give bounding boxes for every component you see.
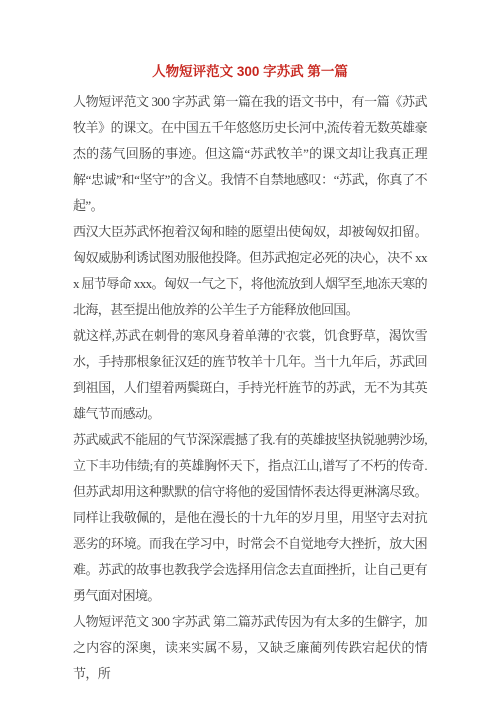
paragraph-reflection: 苏武威武不能屈的气节深深震撼了我.有的英雄披坚执锐驰骋沙场,立下丰功伟绩;有的英… bbox=[73, 427, 427, 609]
paragraph-mission: 西汉大臣苏武怀抱着汉匈和睦的愿望出使匈奴，却被匈奴扣留。匈奴威胁利诱试图劝服他投… bbox=[73, 219, 427, 323]
document-title: 人物短评范文 300 字苏武 第一篇 bbox=[73, 64, 427, 80]
document-body: 人物短评范文 300 字苏武 第一篇 人物短评范文 300 字苏武 第一篇在我的… bbox=[73, 64, 427, 687]
paragraph-intro: 人物短评范文 300 字苏武 第一篇在我的语文书中，有一篇《苏武牧羊》的课文。在… bbox=[73, 89, 427, 219]
paragraph-shepherd: 就这样,苏武在刺骨的寒风身着单薄的'衣裳，饥食野草，渴饮雪水，手持那根象征汉廷的… bbox=[73, 323, 427, 427]
document-page: 人物短评范文 300 字苏武 第一篇 人物短评范文 300 字苏武 第一篇在我的… bbox=[0, 0, 500, 707]
paragraph-second-essay: 人物短评范文 300 字苏武 第二篇苏武传因为有太多的生僻字，加之内容的深奥，读… bbox=[73, 609, 427, 687]
